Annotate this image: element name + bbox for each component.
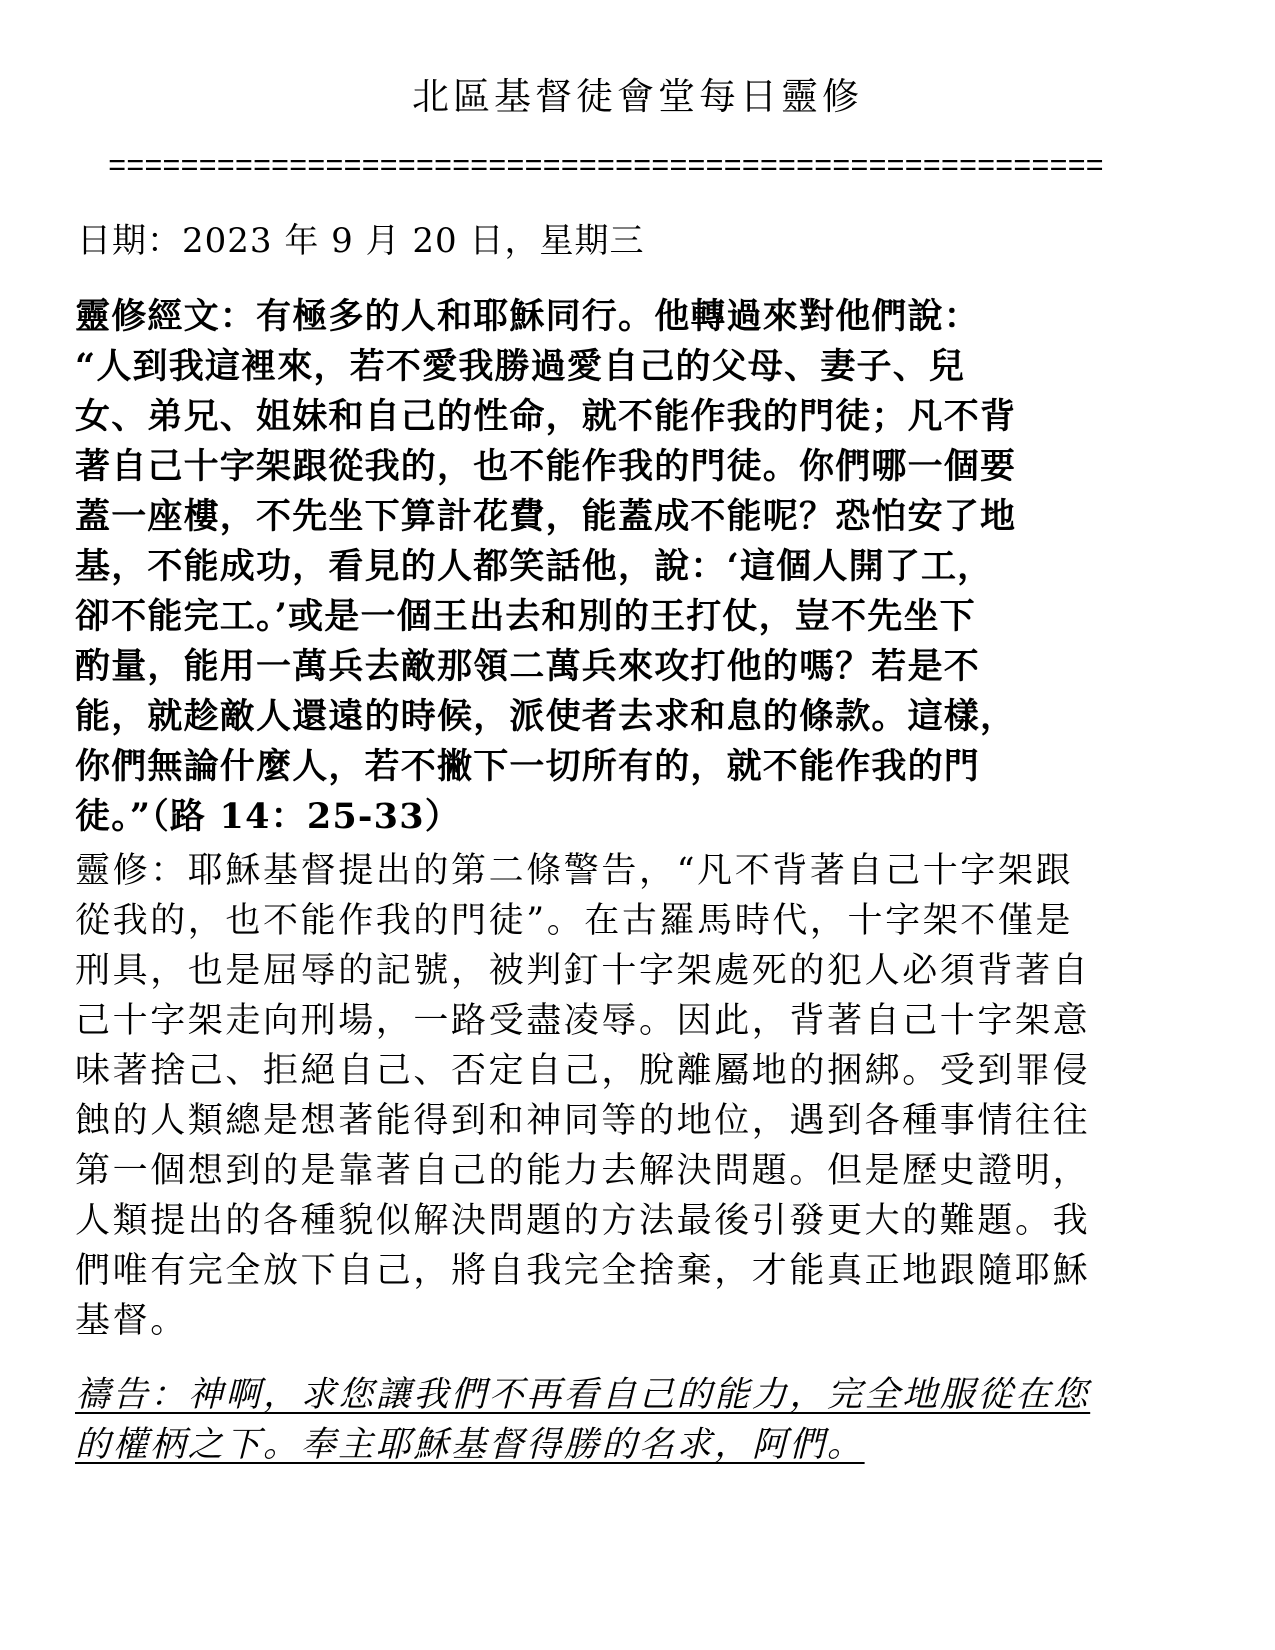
date-line: 日期：2023 年 9 月 20 日，星期三 [77,218,644,264]
devotion-line: 第一個想到的是靠著自己的能力去解決問題。但是歷史證明， [75,1146,1150,1196]
devotion-line: 們唯有完全放下自己，將自我完全捨棄，才能真正地跟隨耶穌 [75,1246,1150,1296]
page-title: 北區基督徒會堂每日靈修 [0,74,1275,120]
scripture-line: 卻不能完工。’或是一個王出去和別的王打仗，豈不先坐下 [75,592,1150,642]
devotion-line: 從我的，也不能作我的門徒”。在古羅馬時代，十字架不僅是 [75,896,1150,946]
scripture-line: 酌量，能用一萬兵去敵那領二萬兵來攻打他的嗎？若是不 [75,642,1150,692]
scripture-line: 蓋一座樓，不先坐下算計花費，能蓋成不能呢？恐怕安了地 [75,492,1150,542]
prayer-text: 的權柄之下。奉主耶穌基督得勝的名求，阿們。 [75,1425,865,1465]
scripture-line: 靈修經文：有極多的人和耶穌同行。他轉過來對他們說： [75,292,1150,342]
devotion-line: 己十字架走向刑場，一路受盡凌辱。因此，背著自己十字架意 [75,996,1150,1046]
devotion-line: 基督。 [75,1296,1150,1346]
prayer-line: 禱告：神啊，求您讓我們不再看自己的能力，完全地服從在您 [75,1370,1150,1420]
scripture-section: 靈修經文：有極多的人和耶穌同行。他轉過來對他們說： “人到我這裡來，若不愛我勝過… [75,292,1150,842]
devotion-section: 靈修：耶穌基督提出的第二條警告，“凡不背著自己十字架跟 從我的，也不能作我的門徒… [75,846,1150,1346]
scripture-line: 基，不能成功，看見的人都笑話他，說：‘這個人開了工， [75,542,1150,592]
devotion-line: 刑具，也是屈辱的記號，被判釘十字架處死的犯人必須背著自 [75,946,1150,996]
prayer-section: 禱告：神啊，求您讓我們不再看自己的能力，完全地服從在您 的權柄之下。奉主耶穌基督… [75,1370,1150,1470]
scripture-reference-line: 徒。”（路 14：25-33） [75,792,1150,842]
scripture-line: 女、弟兄、姐妹和自己的性命，就不能作我的門徒；凡不背 [75,392,1150,442]
prayer-line: 的權柄之下。奉主耶穌基督得勝的名求，阿們。 [75,1420,1150,1470]
title-separator: ========================================… [108,148,1103,188]
scripture-line: “人到我這裡來，若不愛我勝過愛自己的父母、妻子、兒 [75,342,1150,392]
scripture-line: 你們無論什麼人，若不撇下一切所有的，就不能作我的門 [75,742,1150,792]
devotion-line: 靈修：耶穌基督提出的第二條警告，“凡不背著自己十字架跟 [75,846,1150,896]
scripture-line: 著自己十字架跟從我的，也不能作我的門徒。你們哪一個要 [75,442,1150,492]
prayer-text: 禱告：神啊，求您讓我們不再看自己的能力，完全地服從在您 [75,1375,1090,1415]
devotion-line: 蝕的人類總是想著能得到和神同等的地位，遇到各種事情往往 [75,1096,1150,1146]
scripture-line: 能，就趁敵人還遠的時候，派使者去求和息的條款。這樣， [75,692,1150,742]
devotion-line: 味著捨己、拒絕自己、否定自己，脫離屬地的捆綁。受到罪侵 [75,1046,1150,1096]
devotion-line: 人類提出的各種貌似解決問題的方法最後引發更大的難題。我 [75,1196,1150,1246]
